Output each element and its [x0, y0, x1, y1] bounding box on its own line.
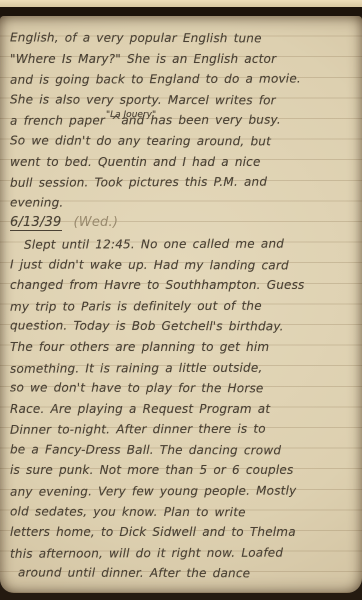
diary-line: "Where Is Mary?" She is an English actor	[10, 49, 358, 70]
diary-line: so we don't have to play for the Horse	[10, 377, 358, 399]
diary-line: Race. Are playing a Request Program at	[10, 399, 358, 420]
diary-line: something. It is raining a little outsid…	[10, 357, 358, 379]
diary-line: The four others are planning to get him	[10, 337, 358, 358]
diary-page: English, of a very popular English tune"…	[0, 16, 362, 593]
diary-line: my trip to Paris is definitely out of th…	[10, 295, 358, 317]
diary-line: and is going back to England to do a mov…	[10, 68, 358, 90]
diary-line: any evening. Very few young people. Most…	[10, 480, 358, 502]
diary-line: a french paper ^and has been very busy.	[10, 110, 358, 132]
entry-weekday: (Wed.)	[74, 215, 119, 230]
entry-date-line: 6/13/39(Wed.)	[10, 213, 358, 234]
diary-line: question. Today is Bob Getchell's birthd…	[10, 316, 358, 338]
diary-line: letters home, to Dick Sidwell and to The…	[10, 522, 358, 543]
diary-line: bull session. Took pictures this P.M. an…	[10, 171, 358, 193]
diary-line: She is also very sporty. Marcel writes f…	[10, 89, 358, 111]
diary-line: evening.	[10, 192, 358, 214]
diary-line: changed from Havre to Southhampton. Gues…	[10, 275, 358, 296]
diary-line: Slept until 12:45. No one called me and	[10, 233, 358, 255]
diary-line: this afternoon, will do it right now. Lo…	[10, 542, 358, 564]
diary-photo: English, of a very popular English tune"…	[0, 0, 362, 600]
diary-line: went to bed. Quentin and I had a nice	[10, 152, 358, 173]
handwritten-text: English, of a very popular English tune"…	[0, 28, 362, 593]
diary-line: English, of a very popular English tune	[10, 27, 358, 49]
diary-line: So we didn't do any tearing around, but	[10, 130, 358, 152]
previous-page-edge	[0, 0, 362, 7]
diary-line: around until dinner. After the dance	[10, 563, 358, 585]
diary-line: Dinner to-night. After dinner there is t…	[10, 419, 358, 441]
diary-line: is sure punk. Not more than 5 or 6 coupl…	[10, 460, 358, 481]
entry-date: 6/13/39	[10, 215, 62, 231]
diary-line: be a Fancy-Dress Ball. The dancing crowd	[10, 439, 358, 461]
diary-line: old sedates, you know. Plan to write	[10, 501, 358, 523]
diary-line: I just didn't wake up. Had my landing ca…	[10, 254, 358, 276]
